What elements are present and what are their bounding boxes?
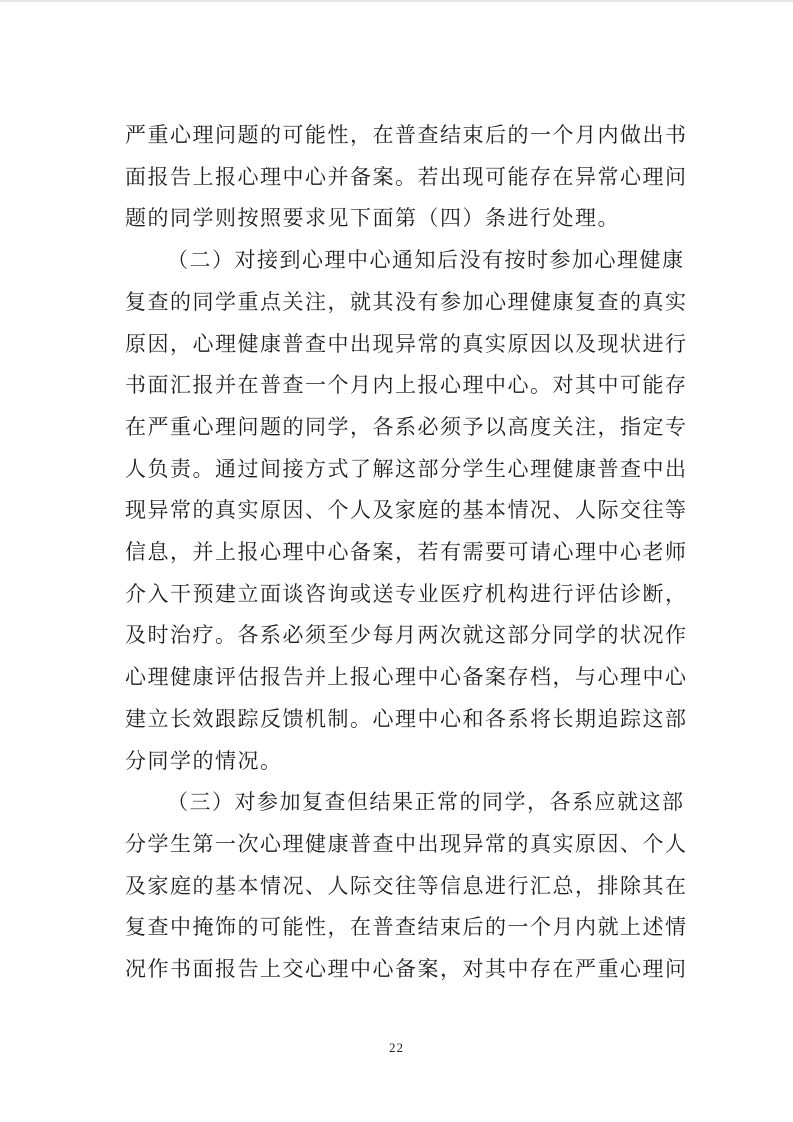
paragraph-item-three: （三）对参加复查但结果正常的同学，各系应就这部 分学生第一次心理健康普查中出现异… — [125, 782, 689, 991]
page-number: 22 — [0, 1040, 793, 1056]
document-page: 严重心理问题的可能性，在普查结束后的一个月内做出书 面报告上报心理中心并备案。若… — [0, 0, 793, 1122]
paragraph-item-two: （二）对接到心理中心通知后没有按时参加心理健康 复查的同学重点关注，就其没有参加… — [125, 240, 689, 782]
page-top-edge — [0, 0, 793, 2]
paragraph-continuation: 严重心理问题的可能性，在普查结束后的一个月内做出书 面报告上报心理中心并备案。若… — [125, 115, 689, 240]
document-body: 严重心理问题的可能性，在普查结束后的一个月内做出书 面报告上报心理中心并备案。若… — [125, 115, 689, 991]
